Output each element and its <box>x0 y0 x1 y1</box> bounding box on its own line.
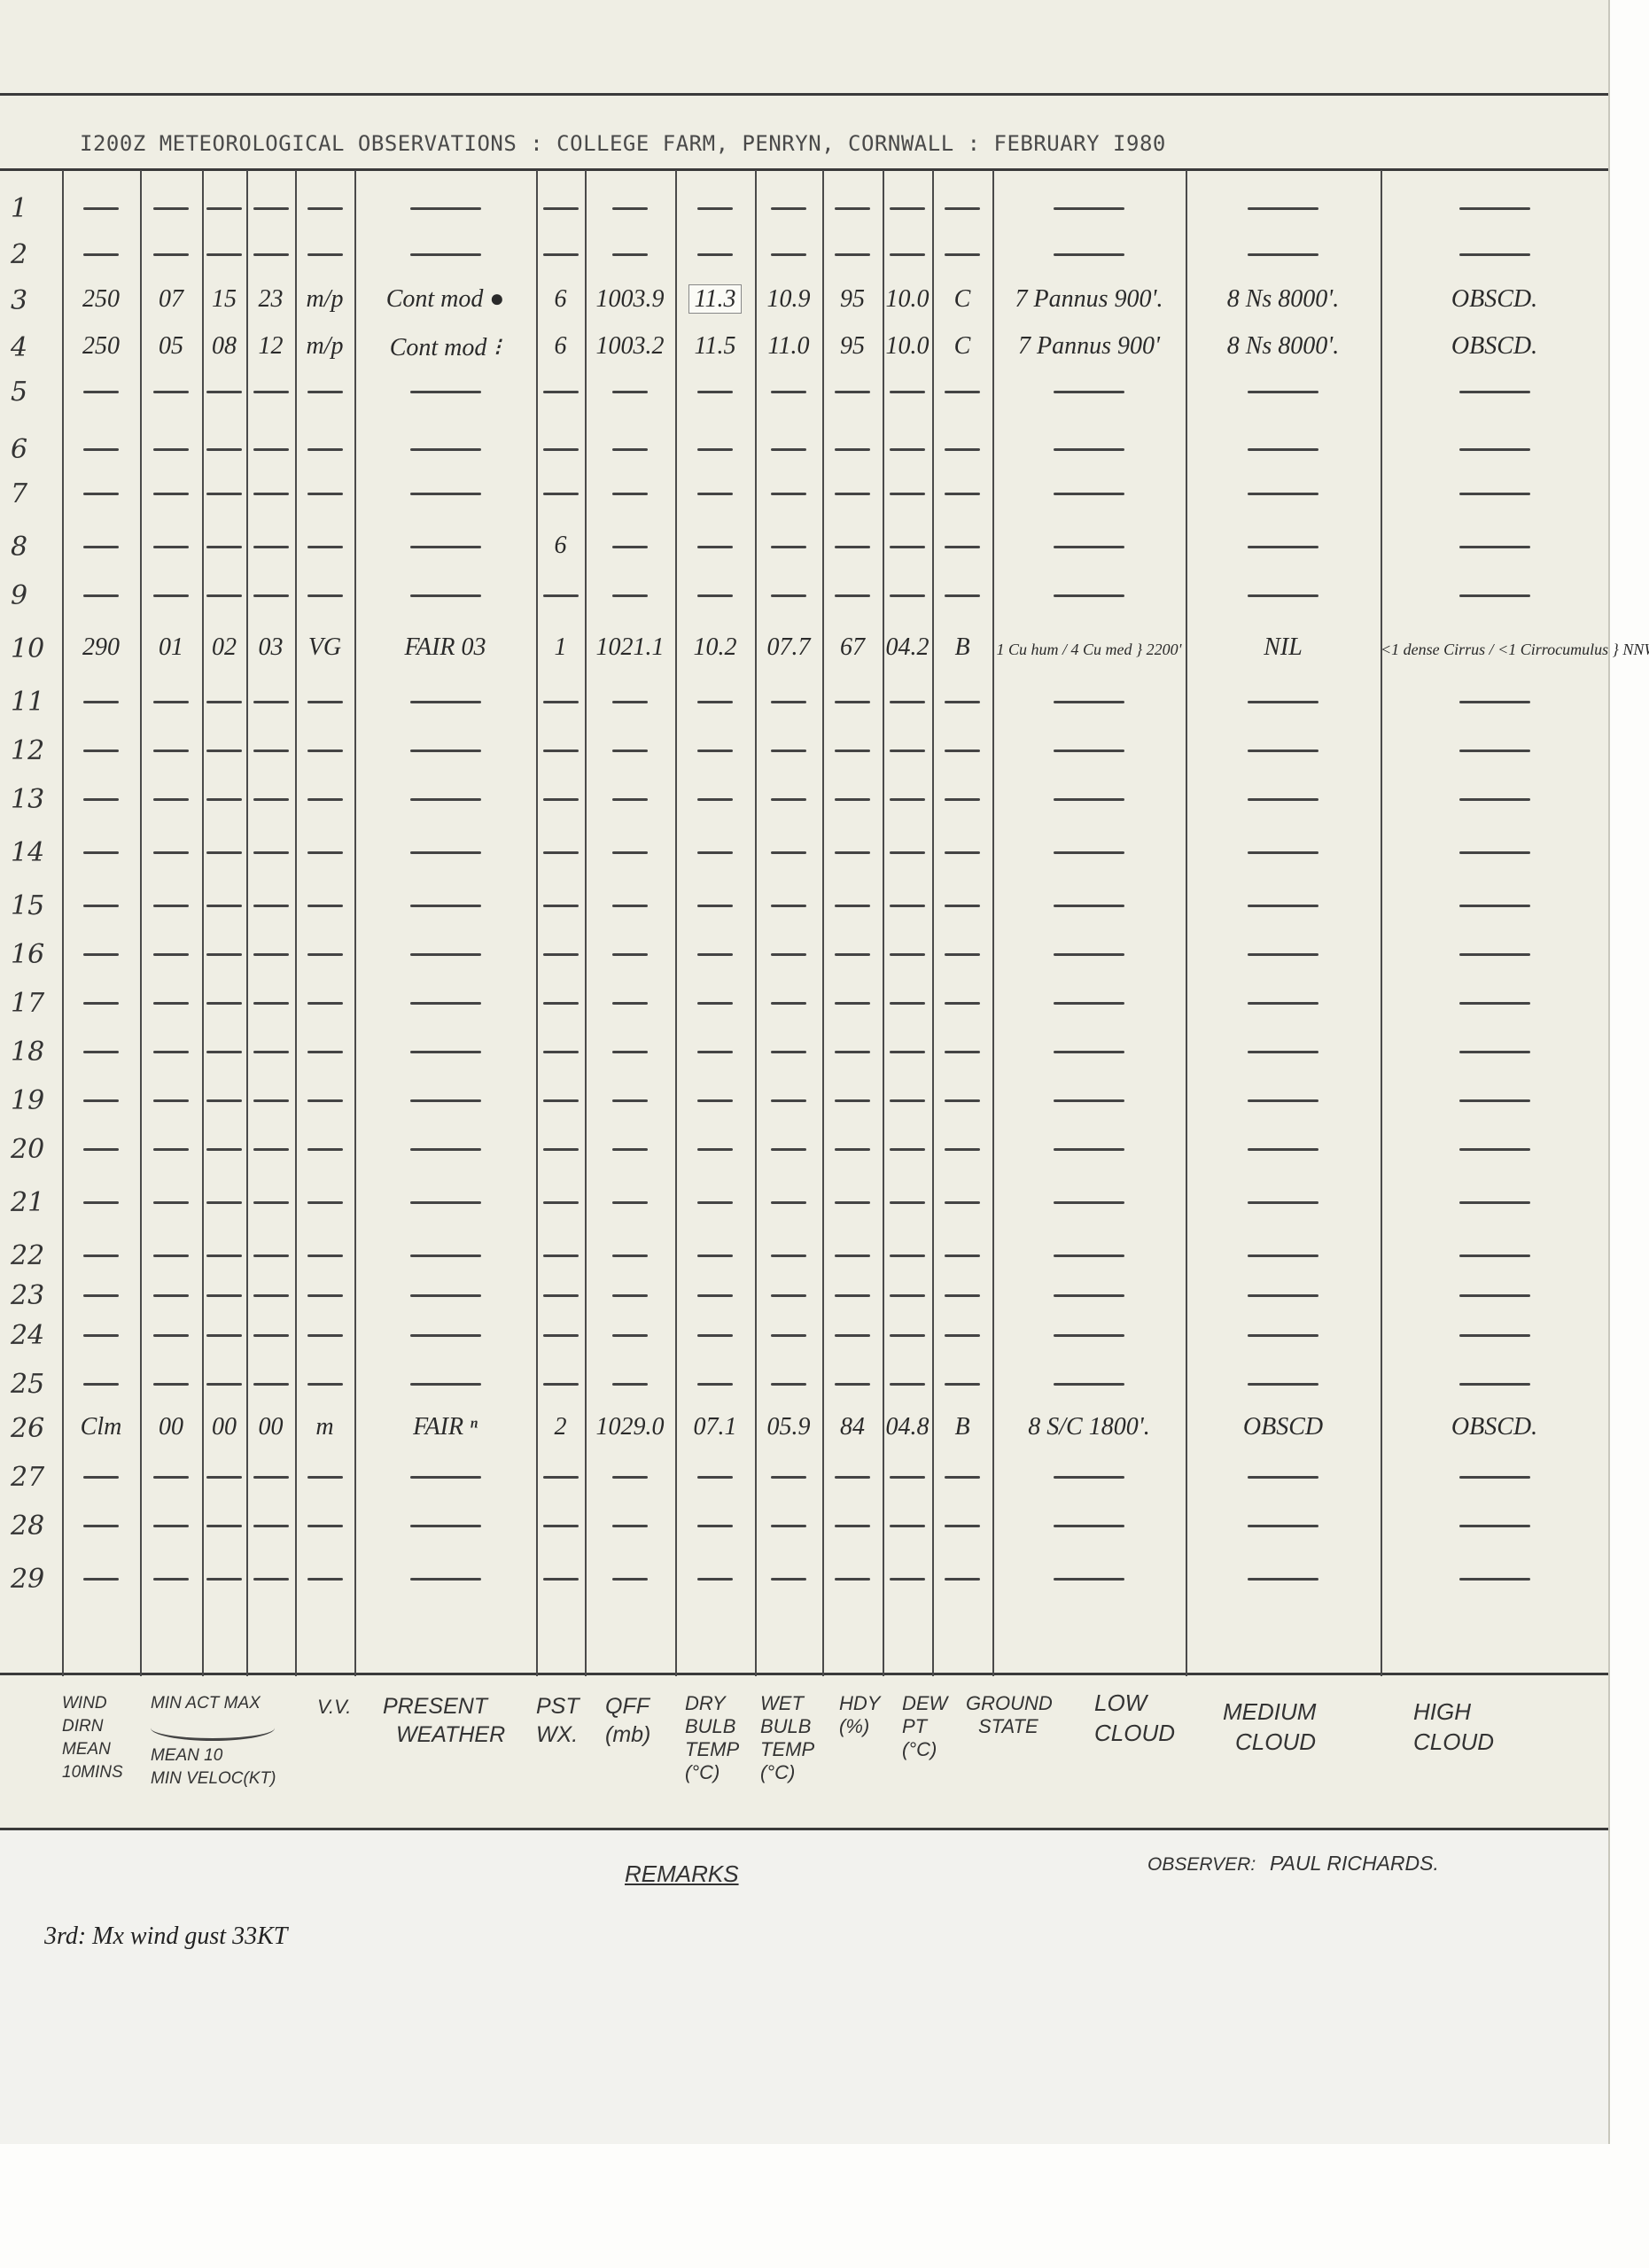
blank-dash <box>1248 1578 1318 1581</box>
blank-dash <box>153 798 189 801</box>
blank-dash <box>83 1525 119 1527</box>
blank-dash <box>206 253 242 256</box>
cell-qff <box>585 1280 675 1309</box>
cell-pst-wx <box>536 377 585 405</box>
blank-dash <box>153 1294 189 1297</box>
cell-ground <box>932 687 992 715</box>
blank-dash <box>945 701 980 703</box>
cell-ground <box>932 1037 992 1065</box>
cell-medium <box>1186 1369 1381 1397</box>
cell-wind-dirn: Clm <box>62 1413 140 1441</box>
cell-low <box>992 239 1186 268</box>
cell-medium <box>1186 1462 1381 1490</box>
blank-dash <box>307 207 343 210</box>
blank-dash <box>307 1578 343 1581</box>
blank-dash <box>612 448 648 451</box>
cell-min <box>202 735 246 764</box>
table-row: 9 <box>0 580 1608 623</box>
header-ground-state: GROUND STATE <box>966 1692 1053 1738</box>
blank-dash <box>83 1002 119 1005</box>
cell-qff <box>585 988 675 1016</box>
cell-value: 67 <box>840 633 865 661</box>
cell-value: 12 <box>259 332 284 360</box>
cell-qff: 1021.1 <box>585 633 675 662</box>
header-line: CLOUD <box>1094 1718 1175 1748</box>
cell-low <box>992 377 1186 405</box>
day-number: 9 <box>11 580 27 611</box>
header-line: BULB <box>685 1715 739 1738</box>
blank-dash <box>612 1476 648 1479</box>
cell-value: FAIR ⁿ <box>413 1413 478 1441</box>
header-low-cloud: LOW CLOUD <box>1094 1688 1175 1748</box>
blank-dash <box>206 905 242 907</box>
blank-dash <box>1459 1578 1530 1581</box>
blank-dash <box>835 1002 870 1005</box>
header-line: HDY <box>839 1692 880 1715</box>
blank-dash <box>612 1525 648 1527</box>
cell-medium <box>1186 193 1381 221</box>
cell-value: 290 <box>82 633 120 661</box>
blank-dash <box>253 1476 289 1479</box>
blank-dash <box>890 594 925 597</box>
cell-pst-wx <box>536 193 585 221</box>
blank-dash <box>890 448 925 451</box>
blank-dash <box>835 594 870 597</box>
cell-value: 6 <box>555 332 567 360</box>
blank-dash <box>697 594 733 597</box>
cell-wind-dirn <box>62 1037 140 1065</box>
cell-wind-dirn: 250 <box>62 285 140 314</box>
table-row: 21 <box>0 1187 1608 1230</box>
cell-hdy <box>822 687 883 715</box>
cell-mean <box>140 1564 202 1592</box>
blank-dash <box>1459 905 1530 907</box>
blank-dash <box>612 851 648 854</box>
cell-wet: 10.9 <box>755 285 822 314</box>
cell-present-wx <box>354 1564 536 1592</box>
table-row: 11 <box>0 687 1608 729</box>
day-number: 13 <box>11 784 44 815</box>
cell-high <box>1381 580 1608 609</box>
header-line: LOW <box>1094 1688 1175 1718</box>
blank-dash <box>835 1201 870 1204</box>
blank-dash <box>83 594 119 597</box>
cell-min <box>202 239 246 268</box>
blank-dash <box>771 207 806 210</box>
blank-dash <box>612 493 648 495</box>
cell-dew <box>883 532 932 560</box>
blank-dash <box>83 448 119 451</box>
blank-dash <box>697 1254 733 1257</box>
blank-dash <box>206 1201 242 1204</box>
cell-value: 6 <box>555 285 567 313</box>
blank-dash <box>890 1334 925 1337</box>
cell-medium: OBSCD <box>1186 1413 1381 1441</box>
blank-dash <box>253 1334 289 1337</box>
cell-act <box>246 1564 295 1592</box>
day-number: 8 <box>11 532 27 563</box>
cell-qff <box>585 377 675 405</box>
cell-medium <box>1186 784 1381 812</box>
cell-dew <box>883 1369 932 1397</box>
header-line: (%) <box>839 1715 880 1738</box>
cell-mean <box>140 988 202 1016</box>
cell-value: 00 <box>159 1413 183 1441</box>
blank-dash <box>410 1525 481 1527</box>
blank-dash <box>253 1254 289 1257</box>
blank-dash <box>890 546 925 548</box>
cell-mean <box>140 1240 202 1269</box>
blank-dash <box>890 798 925 801</box>
table-row: 24 <box>0 1320 1608 1363</box>
header-line: MEAN 10 <box>151 1744 276 1767</box>
header-line: MEDIUM <box>1223 1697 1316 1727</box>
cell-min <box>202 1511 246 1539</box>
header-wet-bulb: WET BULB TEMP (°C) <box>760 1692 814 1784</box>
blank-dash <box>697 448 733 451</box>
blank-dash <box>1054 1099 1124 1102</box>
day-number: 22 <box>11 1240 44 1271</box>
cell-qff <box>585 1564 675 1592</box>
blank-dash <box>835 1476 870 1479</box>
cell-hdy <box>822 784 883 812</box>
cell-hdy: 95 <box>822 332 883 361</box>
blank-dash <box>410 546 481 548</box>
blank-dash <box>1459 1201 1530 1204</box>
table-row: 4250050812m/pCont mod ⁝61003.211.511.095… <box>0 332 1608 375</box>
cell-hdy <box>822 1564 883 1592</box>
blank-dash <box>1459 1334 1530 1337</box>
cell-value: 04.2 <box>886 633 930 661</box>
blank-dash <box>410 1148 481 1151</box>
blank-dash <box>253 851 289 854</box>
blank-dash <box>1459 1476 1530 1479</box>
blank-dash <box>410 594 481 597</box>
blank-dash <box>835 1334 870 1337</box>
blank-dash <box>307 851 343 854</box>
cell-high <box>1381 1369 1608 1397</box>
remarks-area-bg <box>0 1829 1608 2144</box>
cell-min <box>202 1320 246 1348</box>
blank-dash <box>253 207 289 210</box>
blank-dash <box>253 798 289 801</box>
blank-dash <box>253 1383 289 1386</box>
blank-dash <box>1248 448 1318 451</box>
blank-dash <box>253 546 289 548</box>
cell-wet <box>755 478 822 507</box>
cell-value: 7 Pannus 900'. <box>1015 285 1163 313</box>
blank-dash <box>612 1383 648 1386</box>
blank-dash <box>697 493 733 495</box>
day-number: 15 <box>11 890 44 921</box>
observer-label: OBSERVER: <box>1147 1854 1256 1875</box>
cell-act <box>246 1511 295 1539</box>
cell-present-wx <box>354 239 536 268</box>
day-number: 27 <box>11 1462 44 1493</box>
day-number: 1 <box>11 193 27 224</box>
cell-value: 1 <box>555 633 567 661</box>
blank-dash <box>945 750 980 752</box>
cell-min <box>202 193 246 221</box>
cell-mean <box>140 377 202 405</box>
cell-low <box>992 1134 1186 1162</box>
blank-dash <box>771 1476 806 1479</box>
cell-wind-dirn <box>62 1369 140 1397</box>
blank-dash <box>890 1002 925 1005</box>
cell-max-vv <box>295 1187 354 1216</box>
cell-pst-wx: 1 <box>536 633 585 662</box>
day-number: 19 <box>11 1085 44 1116</box>
header-dew-point: DEW PT (°C) <box>902 1692 947 1761</box>
blank-dash <box>410 1578 481 1581</box>
cell-dew <box>883 939 932 967</box>
observation-sheet: I200Z METEOROLOGICAL OBSERVATIONS : COLL… <box>0 0 1610 2144</box>
cell-value: 7 Pannus 900' <box>1018 332 1160 360</box>
header-line: (°C) <box>760 1761 814 1784</box>
cell-dew <box>883 1564 932 1592</box>
cell-value: FAIR 03 <box>404 633 486 661</box>
blank-dash <box>612 798 648 801</box>
cell-mean <box>140 1369 202 1397</box>
blank-dash <box>206 546 242 548</box>
cell-max-vv <box>295 434 354 462</box>
blank-dash <box>253 1099 289 1102</box>
cell-value: 08 <box>212 332 237 360</box>
cell-medium: 8 Ns 8000'. <box>1186 285 1381 314</box>
blank-dash <box>1459 750 1530 752</box>
cell-act <box>246 988 295 1016</box>
blank-dash <box>253 953 289 956</box>
table-row: 7 <box>0 478 1608 521</box>
cell-low: 8 S/C 1800'. <box>992 1413 1186 1441</box>
blank-dash <box>945 851 980 854</box>
cell-pst-wx <box>536 1187 585 1216</box>
cell-act <box>246 580 295 609</box>
blank-dash <box>543 1254 579 1257</box>
table-row: 17 <box>0 988 1608 1030</box>
blank-dash <box>1248 750 1318 752</box>
blank-dash <box>206 1294 242 1297</box>
blank-dash <box>153 1099 189 1102</box>
cell-value: 00 <box>212 1413 237 1441</box>
header-line: WEATHER <box>383 1720 505 1749</box>
blank-dash <box>1054 253 1124 256</box>
cell-dry <box>675 1037 755 1065</box>
cell-min: 08 <box>202 332 246 361</box>
cell-high <box>1381 687 1608 715</box>
cell-act <box>246 1085 295 1114</box>
day-number: 17 <box>11 988 44 1019</box>
blank-dash <box>307 1334 343 1337</box>
table-top-rule <box>0 168 1608 171</box>
cell-mean <box>140 939 202 967</box>
blank-dash <box>543 1525 579 1527</box>
blank-dash <box>697 1525 733 1527</box>
cell-high <box>1381 1085 1608 1114</box>
blank-dash <box>153 1051 189 1053</box>
blank-dash <box>410 253 481 256</box>
cell-qff <box>585 939 675 967</box>
cell-present-wx <box>354 1369 536 1397</box>
blank-dash <box>945 1099 980 1102</box>
cell-dew: 04.2 <box>883 633 932 662</box>
blank-dash <box>307 1148 343 1151</box>
blank-dash <box>543 1383 579 1386</box>
blank-dash <box>253 1148 289 1151</box>
blank-dash <box>543 1099 579 1102</box>
blank-dash <box>153 391 189 393</box>
cell-low <box>992 1085 1186 1114</box>
cell-act <box>246 1280 295 1309</box>
blank-dash <box>153 953 189 956</box>
blank-dash <box>410 1334 481 1337</box>
cell-value: 8 Ns 8000'. <box>1227 332 1340 360</box>
blank-dash <box>1459 1294 1530 1297</box>
header-line: CLOUD <box>1223 1727 1316 1757</box>
cell-dry <box>675 1369 755 1397</box>
blank-dash <box>771 448 806 451</box>
cell-wet <box>755 1564 822 1592</box>
cell-qff <box>585 1320 675 1348</box>
blank-dash <box>1054 905 1124 907</box>
blank-dash <box>153 1578 189 1581</box>
blank-dash <box>543 594 579 597</box>
header-line: WIND <box>62 1692 123 1715</box>
cell-qff <box>585 890 675 919</box>
blank-dash <box>83 1051 119 1053</box>
blank-dash <box>410 1051 481 1053</box>
blank-dash <box>612 1002 648 1005</box>
cell-present-wx <box>354 532 536 560</box>
cell-qff: 1003.2 <box>585 332 675 361</box>
cell-wind-dirn <box>62 434 140 462</box>
blank-dash <box>945 953 980 956</box>
cell-high <box>1381 837 1608 866</box>
header-medium-cloud: MEDIUM CLOUD <box>1223 1697 1316 1757</box>
blank-dash <box>890 1051 925 1053</box>
blank-dash <box>543 798 579 801</box>
blank-dash <box>253 253 289 256</box>
cell-pst-wx <box>536 687 585 715</box>
cell-mean <box>140 580 202 609</box>
cell-wind-dirn <box>62 988 140 1016</box>
blank-dash <box>771 1578 806 1581</box>
cell-low <box>992 580 1186 609</box>
cell-dry <box>675 478 755 507</box>
blank-dash <box>206 1051 242 1053</box>
blank-dash <box>697 1148 733 1151</box>
cell-mean <box>140 1320 202 1348</box>
cell-max-vv <box>295 687 354 715</box>
cell-wind-dirn <box>62 377 140 405</box>
blank-dash <box>153 1383 189 1386</box>
blank-dash <box>697 1383 733 1386</box>
day-number: 12 <box>11 735 44 766</box>
header-dry-bulb: DRY BULB TEMP (°C) <box>685 1692 739 1784</box>
blank-dash <box>83 1294 119 1297</box>
blank-dash <box>612 905 648 907</box>
blank-dash <box>835 448 870 451</box>
blank-dash <box>307 1051 343 1053</box>
cell-present-wx <box>354 377 536 405</box>
cell-pst-wx <box>536 939 585 967</box>
blank-dash <box>543 1148 579 1151</box>
cell-high <box>1381 890 1608 919</box>
blank-dash <box>153 594 189 597</box>
cell-value: C <box>954 285 971 313</box>
blank-dash <box>206 851 242 854</box>
cell-pst-wx <box>536 735 585 764</box>
blank-dash <box>410 1294 481 1297</box>
cell-max-vv <box>295 377 354 405</box>
cell-act: 12 <box>246 332 295 361</box>
cell-high <box>1381 478 1608 507</box>
cell-wind-dirn <box>62 939 140 967</box>
cell-min <box>202 1462 246 1490</box>
blank-dash <box>206 448 242 451</box>
cell-dew <box>883 687 932 715</box>
blank-dash <box>835 750 870 752</box>
cell-medium: 8 Ns 8000'. <box>1186 332 1381 361</box>
blank-dash <box>1054 1383 1124 1386</box>
cell-dry <box>675 239 755 268</box>
blank-dash <box>206 1383 242 1386</box>
blank-dash <box>307 750 343 752</box>
blank-dash <box>890 1578 925 1581</box>
header-line: MIN VELOC(KT) <box>151 1767 276 1790</box>
header-wind-dirn: WIND DIRN MEAN 10MINS <box>62 1692 123 1784</box>
cell-ground <box>932 1462 992 1490</box>
cell-wind-dirn <box>62 687 140 715</box>
cell-wet <box>755 939 822 967</box>
cell-value: 8 S/C 1800'. <box>1028 1413 1149 1441</box>
cell-ground: C <box>932 332 992 361</box>
header-line: WX. <box>536 1720 579 1749</box>
cell-hdy: 95 <box>822 285 883 314</box>
cell-max-vv: m/p <box>295 285 354 314</box>
cell-qff <box>585 1462 675 1490</box>
cell-medium <box>1186 1511 1381 1539</box>
cell-dew <box>883 377 932 405</box>
cell-wet: 11.0 <box>755 332 822 361</box>
cell-pst-wx: 6 <box>536 532 585 560</box>
blank-dash <box>206 1148 242 1151</box>
blank-dash <box>83 851 119 854</box>
blank-dash <box>1248 1051 1318 1053</box>
cell-min <box>202 1134 246 1162</box>
cell-present-wx <box>354 580 536 609</box>
table-row: 27 <box>0 1462 1608 1504</box>
cell-max-vv <box>295 532 354 560</box>
sheet-title: I200Z METEOROLOGICAL OBSERVATIONS : COLL… <box>80 131 1166 156</box>
cell-low <box>992 1511 1186 1539</box>
cell-dry <box>675 532 755 560</box>
blank-dash <box>153 1334 189 1337</box>
blank-dash <box>1054 493 1124 495</box>
cell-high <box>1381 1564 1608 1592</box>
blank-dash <box>206 1525 242 1527</box>
cell-value: 11.3 <box>688 284 743 314</box>
blank-dash <box>890 953 925 956</box>
cell-hdy <box>822 377 883 405</box>
cell-wet <box>755 1320 822 1348</box>
cell-dew <box>883 988 932 1016</box>
cell-mean <box>140 478 202 507</box>
cell-max-vv: m/p <box>295 332 354 361</box>
cell-value: 11.0 <box>768 332 810 360</box>
cell-max-vv <box>295 478 354 507</box>
blank-dash <box>1248 1334 1318 1337</box>
